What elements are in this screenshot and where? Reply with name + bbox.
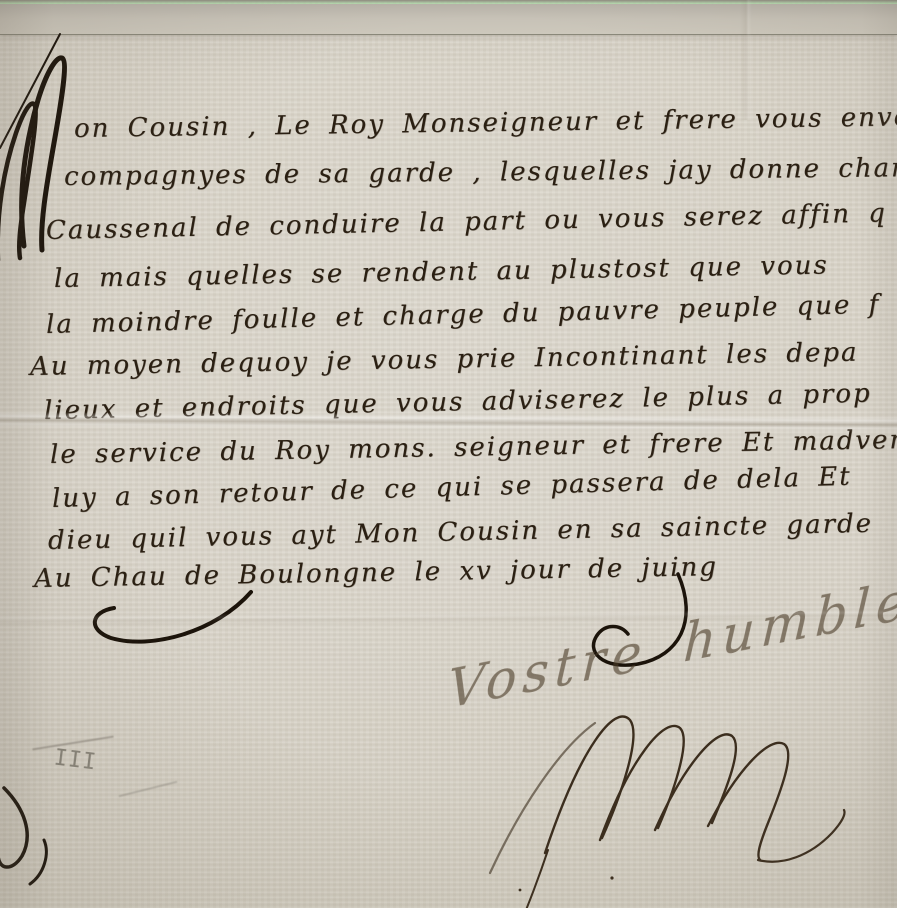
pencil-scribble [119, 781, 178, 797]
horizontal-fold-crease [0, 412, 897, 433]
pencil-inventory-mark: III [53, 745, 98, 775]
manuscript-line: la mais quelles se rendent au plustost q… [54, 248, 829, 296]
manuscript-line: la moindre foulle et charge du pauvre pe… [46, 288, 881, 342]
manuscript-line: Au moyen dequoy je vous prie Incontinant… [30, 336, 859, 384]
manuscript-line: on Cousin , Le Roy Monseigneur et frere … [74, 100, 897, 146]
manuscript-line: compagnyes de sa garde , lesquelles jay … [64, 150, 897, 194]
paper-top-edge [0, 0, 897, 35]
signature-flourish [430, 628, 897, 908]
manuscript-line: Caussenal de conduire la part ou vous se… [46, 196, 888, 248]
manuscript-photo: on Cousin , Le Roy Monseigneur et frere … [0, 0, 897, 908]
vertical-crease [740, 0, 752, 120]
edge-ink-mark-icon [0, 782, 66, 902]
manuscript-line: dieu quil vous ayt Mon Cousin en sa sain… [48, 507, 874, 558]
